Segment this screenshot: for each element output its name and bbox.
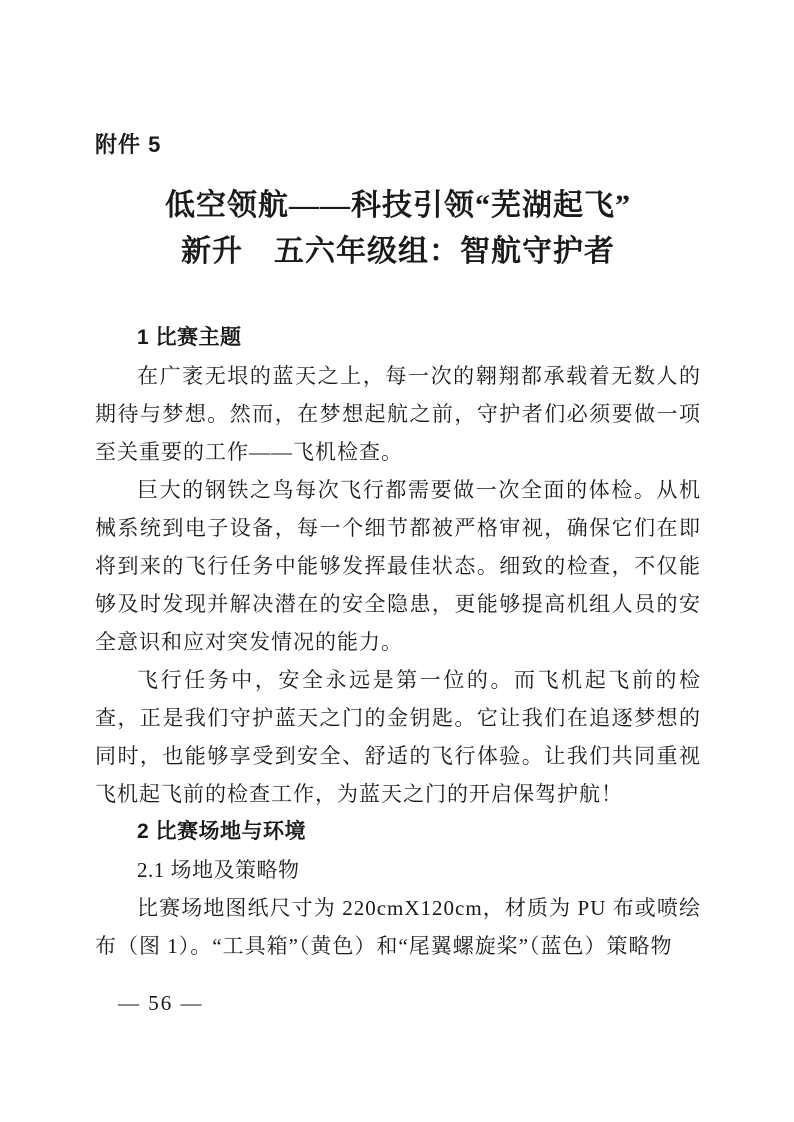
title-line-1: 低空领航——科技引领“芜湖起飞”	[95, 183, 701, 229]
paragraph-4: 比赛场地图纸尺寸为 220cmX120cm，材质为 PU 布或喷绘布（图 1）。…	[95, 889, 701, 965]
page-content: 附件 5 低空领航——科技引领“芜湖起飞” 新升 五六年级组：智航守护者 1 比…	[95, 0, 701, 965]
paragraph-3: 飞行任务中，安全永远是第一位的。而飞机起飞前的检查，正是我们守护蓝天之门的金钥匙…	[95, 661, 701, 813]
paragraph-1: 在广袤无垠的蓝天之上，每一次的翱翔都承载着无数人的期待与梦想。然而，在梦想起航之…	[95, 357, 701, 471]
section-heading-2: 2 比赛场地与环境	[95, 813, 701, 851]
attachment-label: 附件 5	[95, 131, 701, 158]
title-line-2: 新升 五六年级组：智航守护者	[95, 229, 701, 275]
document-page: 附件 5 低空领航——科技引领“芜湖起飞” 新升 五六年级组：智航守护者 1 比…	[0, 0, 794, 1122]
paragraph-2: 巨大的钢铁之鸟每次飞行都需要做一次全面的体检。从机械系统到电子设备，每一个细节都…	[95, 471, 701, 661]
subsection-heading-2-1: 2.1 场地及策略物	[95, 851, 701, 889]
document-title: 低空领航——科技引领“芜湖起飞” 新升 五六年级组：智航守护者	[95, 183, 701, 275]
section-heading-1: 1 比赛主题	[95, 319, 701, 357]
document-body: 1 比赛主题 在广袤无垠的蓝天之上，每一次的翱翔都承载着无数人的期待与梦想。然而…	[95, 319, 701, 965]
page-number: — 56 —	[118, 991, 204, 1016]
